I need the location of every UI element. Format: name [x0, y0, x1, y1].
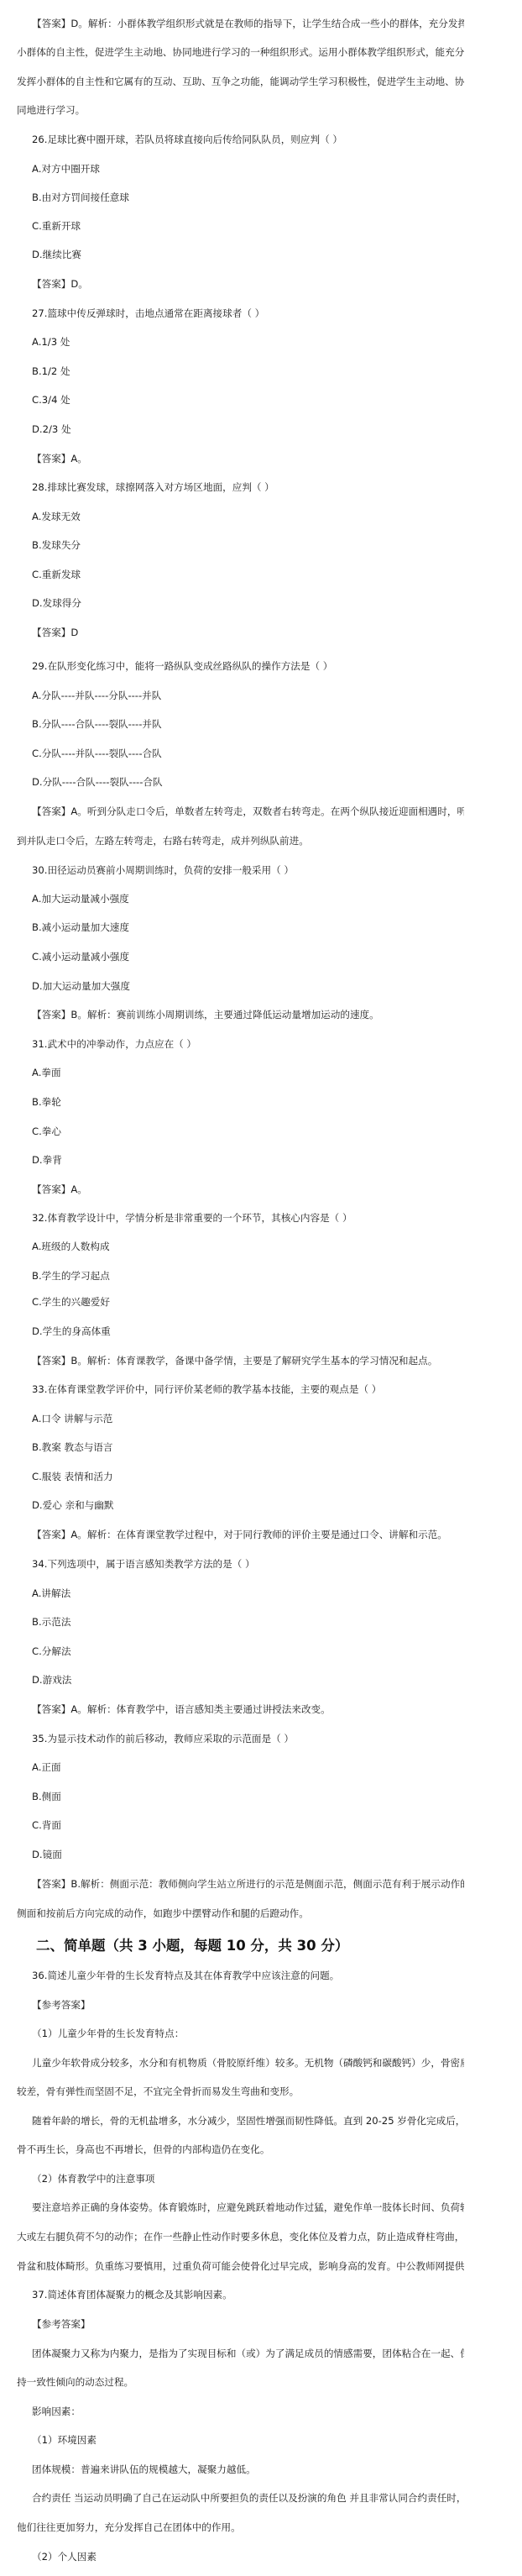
question-36-line-5: 骨不再生长，身高也不再增长，但骨的内部构造仍在变化。 [17, 2142, 269, 2157]
question-27-option-a: A.1/3 处 [32, 334, 70, 349]
question-30-stem: 30.田径运动员赛前小周期训练时，负荷的安排一般采用（ ） [32, 863, 294, 878]
question-29-option-c: C.分队----并队----裂队----合队 [32, 746, 162, 761]
question-35-option-d: D.镜面 [32, 1847, 62, 1862]
question-27-option-c: C.3/4 处 [32, 392, 70, 407]
question-37-line-1: 团体凝聚力又称为内聚力，是指为了实现目标和（或）为了满足成员的情感需要，团体粘合… [32, 2346, 464, 2361]
question-34-option-a: A.讲解法 [32, 1586, 70, 1601]
question-37-stem: 37.简述体育团体凝聚力的概念及其影响因素。 [32, 2287, 232, 2302]
question-36-line-1: （1）儿童少年骨的生长发育特点： [32, 2026, 184, 2041]
question-30-answer: 【答案】B。解析：赛前训练小周期训练，主要通过降低运动量增加运动的速度。 [32, 1007, 379, 1022]
question-34-option-b: B.示范法 [32, 1614, 70, 1629]
question-36-line-8: 大或左右腿负荷不匀的动作；在作一些静止性动作时要多休息，变化体位及着力点，防止造… [17, 2229, 464, 2244]
question-37-line-2: 持一致性倾向的动态过程。 [17, 2374, 133, 2390]
question-36-line-9: 骨盆和肢体畸形。负重练习要慎用，过重负荷可能会使骨化过早完成，影响身高的发育。中… [17, 2259, 464, 2274]
question-35-answer-line-2: 侧面和按前后方向完成的动作，如跑步中摆臂动作和腿的后蹬动作。 [17, 1906, 309, 1921]
question-28-option-a: A.发球无效 [32, 509, 81, 524]
q25-answer-line-1: 【答案】D。解析：小群体教学组织形式就是在教师的指导下，让学生结合成一些小的群体… [32, 16, 464, 31]
question-33-option-b: B.教案 教态与语言 [32, 1440, 112, 1455]
question-28-option-c: C.重新发球 [32, 567, 81, 582]
question-32-option-d: D.学生的身高体重 [32, 1324, 111, 1339]
question-33-option-a: A.口令 讲解与示范 [32, 1411, 112, 1426]
question-27-option-b: B.1/2 处 [32, 364, 70, 379]
question-32-option-a: A.班级的人数构成 [32, 1239, 110, 1254]
question-36-line-6: （2）体育教学中的注意事项 [32, 2171, 155, 2186]
q25-answer-line-2: 小群体的自主性，促进学生主动地、协同地进行学习的一种组织形式。运用小群体教学组织… [17, 45, 464, 60]
question-26-stem: 26.足球比赛中圈开球，若队员将球直接向后传给同队队员，则应判（ ） [32, 132, 342, 147]
question-33-option-d: D.爱心 亲和与幽默 [32, 1498, 113, 1513]
question-31-answer: 【答案】A。 [32, 1182, 87, 1197]
question-29-option-a: A.分队----并队----分队----并队 [32, 688, 161, 703]
question-34-stem: 34.下列选项中，属于语言感知类教学方法的是（ ） [32, 1556, 255, 1571]
question-37-reference-label: 【参考答案】 [32, 2316, 91, 2332]
question-35-option-a: A.正面 [32, 1760, 61, 1775]
question-26-option-a: A.对方中圈开球 [32, 161, 100, 176]
question-33-answer: 【答案】A。解析：在体育课堂教学过程中，对于同行教师的评价主要是通过口令、讲解和… [32, 1527, 447, 1542]
question-36-line-2: 儿童少年软骨成分较多，水分和有机物质（骨胶原纤维）较多。无机物（磷酸钙和碳酸钙）… [32, 2055, 464, 2070]
question-28-answer: 【答案】D [32, 625, 78, 640]
question-37-line-6: 合约责任 当运动员明确了自己在运动队中所要担负的责任以及扮演的角色 并且非常认同… [32, 2490, 464, 2505]
question-36-reference-label: 【参考答案】 [32, 1997, 91, 2012]
question-31-option-d: D.拳背 [32, 1152, 62, 1167]
question-27-option-d: D.2/3 处 [32, 422, 71, 437]
question-31-option-a: A.拳面 [32, 1065, 61, 1080]
question-36-line-3: 较差，骨有弹性而坚固不足，不宜完全骨折而易发生弯曲和变形。 [17, 2084, 299, 2099]
question-37-line-8: （2）个人因素 [32, 2549, 97, 2564]
question-31-option-c: C.拳心 [32, 1124, 61, 1139]
question-34-answer: 【答案】A。解析：体育教学中，语言感知类主要通过讲授法来改变。 [32, 1702, 331, 1717]
question-31-stem: 31.武术中的冲拳动作，力点应在（ ） [32, 1036, 196, 1052]
question-27-answer: 【答案】A。 [32, 451, 87, 466]
question-34-option-d: D.游戏法 [32, 1672, 71, 1687]
question-37-line-7: 他们往往更加努力，充分发挥自己在团体中的作用。 [17, 2520, 241, 2535]
question-37-line-5: 团体规模：普遍来讲队伍的规模越大，凝聚力越低。 [32, 2462, 256, 2477]
question-33-option-c: C.服装 表情和活力 [32, 1469, 113, 1484]
question-29-option-d: D.分队----合队----裂队----合队 [32, 774, 163, 790]
question-26-option-d: D.继续比赛 [32, 247, 81, 262]
question-32-option-c: C.学生的兴趣爱好 [32, 1294, 110, 1309]
question-27-stem: 27.篮球中传反弹球时，击地点通常在距离接球者（ ） [32, 306, 264, 321]
section-heading: 二、简单题（共 3 小题，每题 10 分，共 30 分） [36, 1936, 348, 1956]
question-28-stem: 28.排球比赛发球，球擦网落入对方场区地面，应判（ ） [32, 480, 274, 495]
q25-answer-line-4: 同地进行学习。 [17, 102, 85, 118]
question-26-option-c: C.重新开球 [32, 218, 81, 233]
question-35-stem: 35.为显示技术动作的前后移动，教师应采取的示范面是（ ） [32, 1731, 294, 1746]
question-37-line-3: 影响因素： [32, 2404, 81, 2419]
question-29-option-b: B.分队----合队----裂队----并队 [32, 716, 162, 732]
question-35-option-c: C.背面 [32, 1818, 61, 1833]
question-28-option-d: D.发球得分 [32, 595, 81, 611]
question-33-stem: 33.在体育课堂教学评价中，同行评价某老师的教学基本技能，主要的观点是（ ） [32, 1382, 381, 1397]
question-37-line-4: （1）环境因素 [32, 2432, 97, 2447]
question-30-option-a: A.加大运动量减小强度 [32, 891, 129, 906]
question-36-line-7: 要注意培养正确的身体姿势。体育锻炼时，应避免跳跃着地动作过猛，避免作单一肢体长时… [32, 2200, 464, 2215]
question-26-option-b: B.由对方罚间接任意球 [32, 190, 129, 205]
question-32-stem: 32.体育教学设计中，学情分析是非常重要的一个环节，其核心内容是（ ） [32, 1210, 352, 1225]
question-35-option-b: B.侧面 [32, 1789, 61, 1804]
question-30-option-c: C.减小运动量减小强度 [32, 949, 129, 964]
document-page: 【答案】D。解析：小群体教学组织形式就是在教师的指导下，让学生结合成一些小的群体… [0, 0, 522, 2576]
q25-answer-line-3: 发挥小群体的自主性和它属有的互动、互助、互争之功能，能调动学生学习积极性，促进学… [17, 74, 464, 89]
question-29-answer-line-2: 到并队走口令后，左路左转弯走，右路右转弯走，成并列纵队前进。 [17, 833, 309, 848]
question-35-answer-line-1: 【答案】B.解析：侧面示范：教师侧向学生站立所进行的示范是侧面示范，侧面示范有利… [32, 1876, 464, 1891]
question-32-option-b: B.学生的学习起点 [32, 1268, 110, 1283]
question-30-option-d: D.加大运动量加大强度 [32, 978, 130, 994]
question-36-line-4: 随着年龄的增长，骨的无机盐增多，水分减少，坚固性增强而韧性降低。直到 20-25… [32, 2113, 464, 2128]
question-29-stem: 29.在队形变化练习中，能将一路纵队变成丝路纵队的操作方法是（ ） [32, 658, 332, 674]
question-36-stem: 36.简述儿童少年骨的生长发育特点及其在体育教学中应该注意的问题。 [32, 1968, 339, 1983]
question-26-answer: 【答案】D。 [32, 276, 88, 291]
question-28-option-b: B.发球失分 [32, 538, 81, 553]
question-29-answer-line-1: 【答案】A。听到分队走口令后，单数者左转弯走，双数者右转弯走。在两个纵队接近迎面… [32, 804, 464, 819]
question-32-answer: 【答案】B。解析：体育课教学，备课中备学情，主要是了解研究学生基本的学习情况和起… [32, 1353, 437, 1368]
question-30-option-b: B.减小运动量加大速度 [32, 920, 129, 935]
question-31-option-b: B.拳轮 [32, 1094, 61, 1110]
question-34-option-c: C.分解法 [32, 1644, 71, 1659]
